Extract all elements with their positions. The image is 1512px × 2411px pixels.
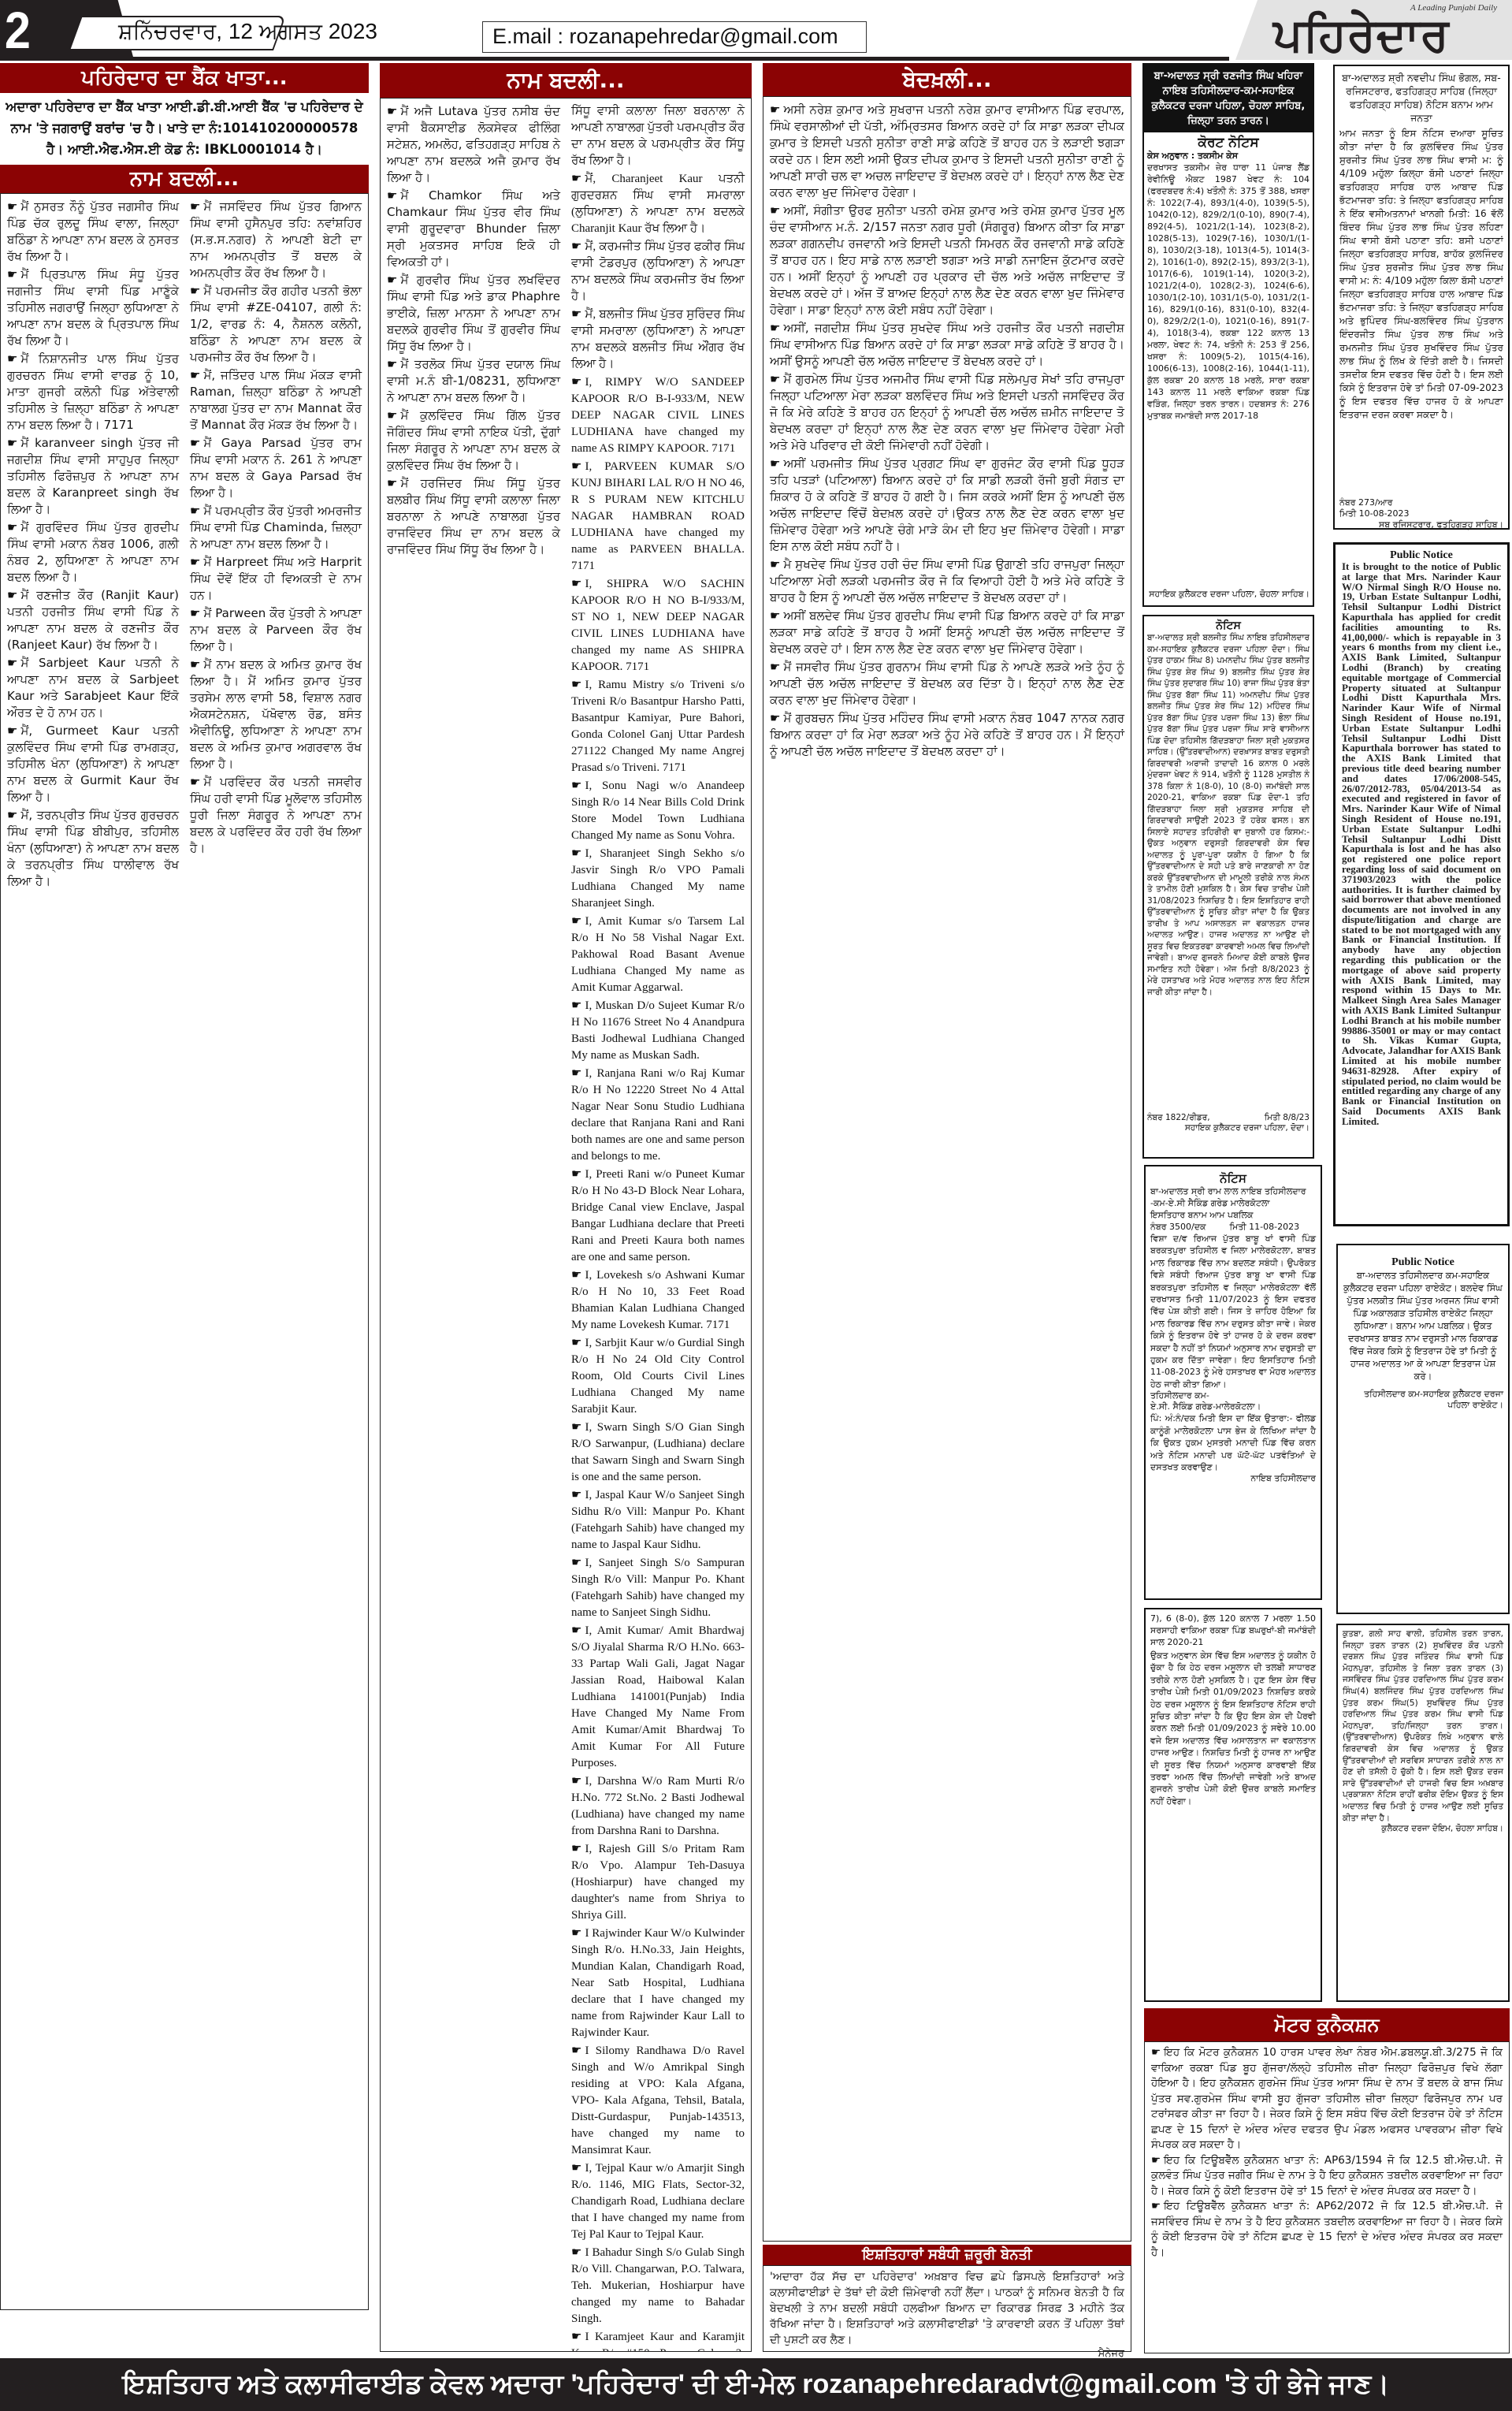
court-notice-4-body: ਉਕਤ ਅਨੁਵਾਨ ਕੇਸ ਵਿੱਚ ਇਸ ਅਦਾਲਤ ਨੂੰ ਯਕੀਨ ਹੋ…: [1150, 1650, 1316, 1807]
court-notice-3-body: ਬਾ-ਅਦਾਲਤ ਸ਼੍ਰੀ ਬਲਜੀਤ ਸਿੰਘ ਨਾਇਬ ਤਹਿਸੀਲਦਾਰ…: [1147, 632, 1310, 1113]
contact-email[interactable]: E.mail : rozanapehredar@gmail.com: [482, 21, 867, 53]
pointing-hand-icon: ☛: [387, 475, 397, 492]
pointing-hand-icon: ☛: [571, 374, 581, 391]
list-item: ☛I, Preeti Rani w/o Puneet Kumar R/o H N…: [571, 1166, 745, 1266]
list-item: ☛I, Sonu Nagi w/o Anandeep Singh R/o 14 …: [571, 778, 745, 844]
list-item: ☛ਮੈਂ, ਜਤਿੰਦਰ ਪਾਲ ਸਿੰਘ ਮੱਕੜ ਵਾਸੀ Raman, ਜ…: [190, 367, 362, 433]
name-change-heading-left: ਨਾਮ ਬਦਲੀ...: [0, 165, 369, 193]
pointing-hand-icon: ☛: [571, 1166, 581, 1183]
list-item: ☛I, Amit Kumar s/o Tarsem Lal R/o H No 5…: [571, 913, 745, 996]
list-item: ☛ਮੈਂ Gaya Parsad ਪੁੱਤਰ ਰਾਮ ਸਿੰਘ ਵਾਸੀ ਮਕਾ…: [190, 435, 362, 501]
list-item: ☛I, Muskan D/o Sujeet Kumar R/o H No 116…: [571, 998, 745, 1064]
issue-date: ਸ਼ਨਿੱਚਰਵਾਰ, 12 ਅਗਸਤ 2023: [118, 19, 377, 45]
list-item: ☛ਇਹ ਟਿਊਬਵੈੱਲ ਕੁਨੈਕਸ਼ਨ ਖਾਤਾ ਨੰ: AP62/2072…: [1151, 2199, 1503, 2260]
pointing-hand-icon: ☛: [770, 371, 780, 388]
list-item: ☛ਮੈਂ ਨਾਮ ਬਦਲ ਕੇ ਅਮਿਤ ਕੁਮਾਰ ਰੱਖ ਲਿਆ ਹੈ। ਮ…: [190, 657, 362, 772]
disclaimer-heading: ਇਸ਼ਤਿਹਾਰਾਂ ਸਬੰਧੀ ਜ਼ਰੂਰੀ ਬੇਨਤੀ: [763, 2245, 1131, 2265]
pointing-hand-icon: ☛: [770, 659, 780, 675]
raikot-title: Public Notice: [1343, 1256, 1503, 1269]
list-item: ☛ਅਸੀਂ ਪਰਮਜੀਤ ਸਿੰਘ ਪੁੱਤਰ ਪ੍ਰਗਟ ਸਿੰਘ ਵਾ ਗੁ…: [770, 456, 1124, 555]
pointing-hand-icon: ☛: [571, 171, 581, 188]
list-item: ☛I, Lovekesh s/o Ashwani Kumar R/o H No …: [571, 1267, 745, 1334]
pointing-hand-icon: ☛: [571, 1773, 581, 1790]
pointing-hand-icon: ☛: [7, 587, 17, 604]
pointing-hand-icon: ☛: [571, 846, 581, 862]
court-notice-5-body: ਕੁਤਬਾ, ਗਲੀ ਸਾਹ ਵਾਲੀ, ਤਹਿਸੀਲ ਤਰਨ ਤਾਰਨ, ਜਿ…: [1343, 1628, 1503, 1824]
court-notice-baghrukhan: 7), 6 (8-0), ਕੁੱਲ 120 ਕਨਾਲ 7 ਮਰਲਾ 1.50 ਸ…: [1144, 1608, 1322, 2002]
list-item: ☛I, Sanjeet Singh S/o Sampuran Singh R/o…: [571, 1555, 745, 1621]
pointing-hand-icon: ☛: [770, 320, 780, 337]
court-notice-2-header: ਬਾ-ਅਦਾਲਤ ਸ਼੍ਰੀ ਨਵਦੀਪ ਸਿੰਘ ਭੋਗਲ, ਸਬ-ਰਜਿਸਟ…: [1339, 71, 1503, 125]
name-change-mid-col-b: ਸਿੱਧੂ ਵਾਸੀ ਕਲਾਲਾ ਜਿਲਾ ਬਰਨਾਲਾ ਨੇ ਆਪਣੀ ਨਾਬ…: [571, 103, 745, 2352]
list-item: ☛I, Rajesh Gill S/o Pritam Ram R/o Vpo. …: [571, 1841, 745, 1924]
court-notice-doda: ਨੋਟਿਸ ਬਾ-ਅਦਾਲਤ ਸ਼੍ਰੀ ਬਲਜੀਤ ਸਿੰਘ ਨਾਇਬ ਤਹਿ…: [1142, 615, 1314, 1159]
malerkotla-signoff-1: ਤਹਿਸੀਲਦਾਰ ਕਮ-: [1150, 1390, 1316, 1401]
pointing-hand-icon: ☛: [571, 2043, 581, 2059]
list-item: ☛ਮੈਂ ਕੁਲਵਿੰਦਰ ਸਿੰਘ ਗਿੱਲ ਪੁੱਤਰ ਜੋਗਿੰਦਰ ਸਿ…: [387, 407, 560, 474]
bank-account-heading: ਪਹਿਰੇਦਾਰ ਦਾ ਬੈਂਕ ਖਾਤਾ...: [0, 63, 369, 93]
pointing-hand-icon: ☛: [7, 723, 17, 739]
list-item: ☛ਮੈਂ ਗੁਰਵਿੰਦਰ ਸਿੰਘ ਪੁੱਤਰ ਗੁਰਦੀਪ ਸਿੰਘ ਵਾਸ…: [7, 519, 179, 586]
malerkotla-signoff-2: ਏ.ਸੀ. ਸੈਕਿੰਡ ਗਰੇਡ-ਮਾਲੇਰਕੋਟਲਾ।: [1150, 1401, 1316, 1412]
list-item: ☛ਇਹ ਕਿ ਮੋਟਰ ਕੁਨੈਕਸ਼ਨ 10 ਹਾਰਸ ਪਾਵਰ ਲੇਖਾ ਨ…: [1151, 2045, 1503, 2153]
pointing-hand-icon: ☛: [190, 503, 200, 519]
name-change-col-b: ☛ਮੈਂ ਜਸਵਿੰਦਰ ਸਿੰਘ ਪੁੱਤਰ ਗਿਆਨ ਸਿੰਘ ਵਾਸੀ ਹ…: [190, 199, 362, 2305]
court-notice-3-meta: ਨੰਬਰ 1822/ਰੀਡਰ, ਮਿਤੀ 8/8/23: [1147, 1113, 1310, 1123]
pointing-hand-icon: ☛: [7, 519, 17, 536]
pointing-hand-icon: ☛: [387, 356, 397, 373]
pointing-hand-icon: ☛: [770, 608, 780, 624]
list-item: ☛ਮੈਂ, ਕਰਮਜੀਤ ਸਿੰਘ ਪੁੱਤਰ ਫਕੀਰ ਸਿੰਘ ਵਾਸੀ ਟ…: [571, 239, 745, 305]
list-item: ☛ਅਸੀਂ ਬਲਦੇਵ ਸਿੰਘ ਪੁੱਤਰ ਗੁਰਦੀਪ ਸਿੰਘ ਵਾਸੀ …: [770, 608, 1124, 657]
list-item: ☛I Karamjeet Kaur and Karamjit Kaur R/o …: [571, 2329, 745, 2352]
pointing-hand-icon: ☛: [190, 199, 200, 215]
list-item: ☛ਇਹ ਕਿ ਟਿਊਬਵੈੱਲ ਕੁਨੈਕਸ਼ਨ ਖਾਤਾ ਨੰ: AP63/1…: [1151, 2153, 1503, 2200]
motor-connection-section: ਮੋਟਰ ਕੁਨੈਕਸ਼ਨ ☛ਇਹ ਕਿ ਮੋਟਰ ਕੁਨੈਕਸ਼ਨ 10 ਹਾ…: [1144, 2008, 1510, 2355]
pointing-hand-icon: ☛: [571, 1555, 581, 1572]
list-item: ☛ਮੈਂ, Gurmeet Kaur ਪਤਨੀ ਕੁਲਵਿੰਦਰ ਸਿੰਘ ਵਾ…: [7, 723, 179, 806]
list-item: ☛ਮੈਂ ਨੁਸਰਤ ਨੌਨੂੰ ਪੁੱਤਰ ਜਗਸੀਰ ਸਿੰਘ ਪਿੰਡ ਚ…: [7, 199, 179, 265]
list-item: ☛I, Ramu Mistry s/o Triveni s/o Triveni …: [571, 677, 745, 776]
pointing-hand-icon: ☛: [770, 710, 780, 727]
pointing-hand-icon: ☛: [190, 605, 200, 622]
list-item: ☛ਮੈਂ ਜਸਵਿੰਦਰ ਸਿੰਘ ਪੁੱਤਰ ਗਿਆਨ ਸਿੰਘ ਵਾਸੀ ਹ…: [190, 199, 362, 281]
list-item: ☛I, Ranjana Rani w/o Raj Kumar R/o H No …: [571, 1066, 745, 1165]
axis-notice-body: It is brought to the notice of Public at…: [1342, 562, 1501, 1127]
pointing-hand-icon: ☛: [571, 2245, 581, 2261]
list-item: ☛ਮੈਂ Chamkor ਸਿੰਘ ਅਤੇ Chamkaur ਸਿੰਘ ਪੁੱਤ…: [387, 188, 560, 270]
list-item: ☛ਮੈਂ Sarbjeet Kaur ਪਤਨੀ ਨੇ ਆਪਣਾ ਨਾਮ ਬਦਲ …: [7, 655, 179, 721]
name-change-heading-mid: ਨਾਮ ਬਦਲੀ...: [380, 63, 752, 98]
pointing-hand-icon: ☛: [770, 456, 780, 472]
list-item: ☛I, Tejpal Kaur w/o Amarjit Singh R/o. 1…: [571, 2160, 745, 2243]
court-notice-mohanpura: ਕੁਤਬਾ, ਗਲੀ ਸਾਹ ਵਾਲੀ, ਤਹਿਸੀਲ ਤਰਨ ਤਾਰਨ, ਜਿ…: [1336, 1624, 1510, 2002]
court-notice-fatehgarh: ਬਾ-ਅਦਾਲਤ ਸ਼੍ਰੀ ਨਵਦੀਪ ਸਿੰਘ ਭੋਗਲ, ਸਬ-ਰਜਿਸਟ…: [1333, 65, 1510, 530]
pointing-hand-icon: ☛: [190, 774, 200, 791]
list-item: ☛I Bahadur Singh S/o Gulab Singh R/o Vil…: [571, 2245, 745, 2327]
pointing-hand-icon: ☛: [571, 913, 581, 930]
court-notice-1-body: ਦਰਖਾਸਤ ਤਕਸੀਮ ਜ਼ੇਰ ਧਾਰਾ 11 ਪੰਜਾਬ ਲੈਂਡ ਰੇਵ…: [1144, 162, 1313, 587]
court-notice-4-footer-line: 7), 6 (8-0), ਕੁੱਲ 120 ਕਨਾਲ 7 ਮਰਲਾ 1.50 ਸ…: [1150, 1613, 1316, 1648]
eviction-heading: ਬੇਦਖ਼ਲੀ...: [763, 63, 1131, 96]
list-item: ☛I, Sharanjeet Singh Sekho s/o Jasvir Si…: [571, 846, 745, 912]
list-item: ☛ਅਸੀ ਨਰੇਸ਼ ਕੁਮਾਰ ਅਤੇ ਸੁਖਰਾਜ ਪਤਨੀ ਨਰੇਸ਼ ਕ…: [770, 102, 1124, 201]
pointing-hand-icon: ☛: [1151, 2153, 1161, 2169]
list-item: ☛ਮੈਂ ਗੁਰਬਚਨ ਸਿੰਘ ਪੁੱਤਰ ਮਹਿੰਦਰ ਸਿੰਘ ਵਾਸੀ …: [770, 710, 1124, 760]
malerkotla-title: ਨੋਟਿਸ: [1150, 1171, 1316, 1185]
pointing-hand-icon: ☛: [770, 556, 780, 573]
pointing-hand-icon: ☛: [7, 266, 17, 283]
masthead-rule: [0, 57, 1229, 61]
malerkotla-body: ਵਿਸ਼ਾ ਦ/ਵ ਰਿਆਜ ਪੁੱਤਰ ਬਾਬੂ ਖਾਂ ਵਾਸੀ ਪਿੰਡ …: [1150, 1233, 1316, 1390]
pointing-hand-icon: ☛: [571, 1487, 581, 1504]
pointing-hand-icon: ☛: [190, 554, 200, 571]
malerkotla-endorsement: ਪਿੰ: ਅੰ:ਨੰ/ਦਕ ਮਿਤੀ ਇਸ ਦਾ ਇੱਕ ਉਤਾਰਾ:- ਫੀਲ…: [1150, 1412, 1316, 1473]
name-change-mid-col-a: ☛ਮੈਂ ਅਜੈ Lutava ਪੁੱਤਰ ਨਸੀਬ ਚੰਦ ਵਾਸੀ ਬੈਕਸ…: [387, 103, 560, 2352]
motor-connection-heading: ਮੋਟਰ ਕੁਨੈਕਸ਼ਨ: [1144, 2008, 1510, 2041]
pointing-hand-icon: ☛: [571, 1267, 581, 1284]
pointing-hand-icon: ☛: [571, 1419, 581, 1436]
bank-line-3: ਹੈ। ਆਈ.ਐਫ.ਐਸ.ਈ ਕੋਡ ਨੰ: IBKL0001014 ਹੈ।: [5, 139, 364, 160]
list-item: ☛ਮੈਂ ਤਰਲੋਕ ਸਿੰਘ ਪੁੱਤਰ ਦਯਾਲ ਸਿੰਘ ਵਾਸੀ ਮ.ਨ…: [387, 356, 560, 406]
list-item: ☛ਮੈ ਸੁਖਦੇਵ ਸਿੰਘ ਪੁੱਤਰ ਹਰੀ ਚੰਦ ਸਿੰਘ ਵਾਸੀ …: [770, 556, 1124, 606]
name-change-col-a: ☛ਮੈਂ ਨੁਸਰਤ ਨੌਨੂੰ ਪੁੱਤਰ ਜਗਸੀਰ ਸਿੰਘ ਪਿੰਡ ਚ…: [7, 199, 179, 2305]
list-item: ☛ਮੈਂ ਪ੍ਰਿਤਪਾਲ ਸਿੰਘ ਸੰਧੂ ਪੁੱਤਰ ਜਗਜੀਤ ਸਿੰਘ…: [7, 266, 179, 349]
pointing-hand-icon: ☛: [571, 778, 581, 794]
court-notice-1-signoff: ਸਹਾਇਕ ਕੁਲੈਕਟਰ ਦਰਜਾ ਪਹਿਲਾ, ਚੋਹਲਾ ਸਾਹਿਬ।: [1144, 587, 1313, 601]
public-notice-axis: Public Notice It is brought to the notic…: [1333, 542, 1510, 1226]
masthead: 2 ਸ਼ਨਿੱਚਰਵਾਰ, 12 ਅਗਸਤ 2023 E.mail : roza…: [0, 0, 1512, 60]
court-notice-2-date: ਮਿਤੀ 10-08-2023: [1339, 508, 1503, 519]
footer-banner: ਇਸ਼ਤਿਹਾਰ ਅਤੇ ਕਲਾਸੀਫਾਈਡ ਕੇਵਲ ਅਦਾਰਾ 'ਪਹਿਰੇ…: [0, 2358, 1512, 2411]
court-notice-1-title: ਕੋਰਟ ਨੋਟਿਸ: [1144, 135, 1313, 151]
list-item: ☛ਮੈਂ ਹਰਜਿੰਦਰ ਸਿੰਘ ਸਿੱਧੂ ਪੁੱਤਰ ਬਲਬੀਰ ਸਿੰਘ…: [387, 475, 560, 558]
pointing-hand-icon: ☛: [770, 203, 780, 219]
court-notice-chohla: ਬਾ-ਅਦਾਲਤ ਸ੍ਰੀ ਰਣਜੀਤ ਸਿੰਘ ਖਹਿਰਾ ਨਾਇਬ ਤਹਿਸ…: [1142, 63, 1314, 607]
list-item: ☛ਮੈਂ ਗੁਰਮੇਲ ਸਿੰਘ ਪੁੱਤਰ ਅਜਮੀਰ ਸਿੰਘ ਵਾਸੀ ਪ…: [770, 371, 1124, 454]
public-notice-raikot: Public Notice ਬਾ-ਅਦਾਲਤ ਤਹਿਸੀਲਦਾਰ ਕਮ-ਸਹਾਇ…: [1336, 1244, 1510, 1614]
list-item: ☛ਮੈਂ Harpreet ਸਿੰਘ ਅਤੇ Harprit ਸਿੰਘ ਦੋਵੇ…: [190, 554, 362, 604]
pointing-hand-icon: ☛: [571, 1841, 581, 1858]
list-item: ☛ਮੈਂ ਜਸਵੀਰ ਸਿੰਘ ਪੁੱਤਰ ਗੁਰਨਾਮ ਸਿੰਘ ਵਾਸੀ ਪ…: [770, 659, 1124, 709]
pointing-hand-icon: ☛: [387, 103, 397, 120]
newspaper-logo: ਪਹਿਰੇਦਾਰ: [1273, 8, 1450, 62]
list-item: ☛I, PARVEEN KUMAR S/O KUNJ BIHARI LAL R/…: [571, 459, 745, 575]
malerkotla-date: ਮਿਤੀ 11-08-2023: [1230, 1221, 1300, 1233]
raikot-signoff: ਤਹਿਸੀਲਦਾਰ ਕਮ-ਸਹਾਇਕ ਕੁਲੈਕਟਰ ਦਰਜਾ ਪਹਿਲਾ ਰਾ…: [1343, 1389, 1503, 1411]
pointing-hand-icon: ☛: [571, 1623, 581, 1639]
pointing-hand-icon: ☛: [571, 576, 581, 593]
disclaimer-box: 'ਅਦਾਰਾ ਹੱਕ ਸੱਚ ਦਾ ਪਹਿਰੇਦਾਰ' ਅਖ਼ਬਾਰ ਵਿਚ ਛ…: [763, 2265, 1131, 2352]
list-item: ☛ਮੈਂ, ਬਲਜੀਤ ਸਿੰਘ ਪੁੱਤਰ ਸੁਰਿੰਦਰ ਸਿੰਘ ਵਾਸੀ…: [571, 307, 745, 373]
pointing-hand-icon: ☛: [7, 351, 17, 367]
raikot-body: ਬਾ-ਅਦਾਲਤ ਤਹਿਸੀਲਦਾਰ ਕਮ-ਸਹਾਇਕ ਕੁਲੈਕਟਰ ਦਰਜਾ…: [1343, 1269, 1503, 1382]
pointing-hand-icon: ☛: [571, 998, 581, 1014]
list-item: ☛ਮੈਂ ਨਿਸ਼ਾਨਜੀਤ ਪਾਲ ਸਿੰਘ ਪੁੱਤਰ ਗੁਰਚਰਨ ਸਿੰ…: [7, 351, 179, 433]
court-notice-3-ref: ਨੰਬਰ 1822/ਰੀਡਰ,: [1147, 1113, 1210, 1123]
list-item: ☛I, Amit Kumar/ Amit Bhardwaj S/O Jiyala…: [571, 1623, 745, 1772]
malerkotla-number: ਨੰਬਰ 3500/ਦਕ: [1150, 1221, 1206, 1233]
court-notice-2-ref: ਨੰਬਰ 273/ਆਰ: [1339, 497, 1503, 508]
pointing-hand-icon: ☛: [190, 367, 200, 384]
pointing-hand-icon: ☛: [190, 657, 200, 673]
pointing-hand-icon: ☛: [571, 1925, 581, 1942]
middle-column: ਨਾਮ ਬਦਲੀ... ☛ਮੈਂ ਅਜੈ Lutava ਪੁੱਤਰ ਨਸੀਬ ਚ…: [380, 63, 752, 2355]
list-item: ☛ਅਸੀਂ, ਜਗਦੀਸ਼ ਸਿੰਘ ਪੁੱਤਰ ਸੁਖਦੇਵ ਸਿੰਘ ਅਤੇ…: [770, 320, 1124, 370]
court-notice-3-signoff: ਸਹਾਇਕ ਕੁਲੈਕਟਰ ਦਰਜਾ ਪਹਿਲਾ, ਦੋਦਾ।: [1147, 1123, 1310, 1133]
eviction-column: ਬੇਦਖ਼ਲੀ... ☛ਅਸੀ ਨਰੇਸ਼ ਕੁਮਾਰ ਅਤੇ ਸੁਖਰਾਜ ਪ…: [763, 63, 1131, 2355]
pointing-hand-icon: ☛: [571, 1066, 581, 1082]
list-item: ☛ਮੈਂ ਪਰਮਪ੍ਰੀਤ ਕੌਰ ਪੁੱਤਰੀ ਅਮਰਜੀਤ ਸਿੰਘ ਵਾਸ…: [190, 503, 362, 553]
pointing-hand-icon: ☛: [571, 239, 581, 255]
disclaimer-text: 'ਅਦਾਰਾ ਹੱਕ ਸੱਚ ਦਾ ਪਹਿਰੇਦਾਰ' ਅਖ਼ਬਾਰ ਵਿਚ ਛ…: [770, 2269, 1124, 2348]
motor-connection-list: ☛ਇਹ ਕਿ ਮੋਟਰ ਕੁਨੈਕਸ਼ਨ 10 ਹਾਰਸ ਪਾਵਰ ਲੇਖਾ ਨ…: [1144, 2041, 1510, 2353]
bank-line-1: ਅਦਾਰਾ ਪਹਿਰੇਦਾਰ ਦਾ ਬੈਂਕ ਖਾਤਾ ਆਈ.ਡੀ.ਬੀ.ਆਈ …: [5, 96, 364, 117]
pointing-hand-icon: ☛: [571, 2329, 581, 2346]
pointing-hand-icon: ☛: [387, 272, 397, 288]
malerkotla-subject: ਇਸਤਿਹਾਰ ਬਨਾਮ ਆਮ ਪਬਲਿਕ: [1150, 1209, 1316, 1221]
pointing-hand-icon: ☛: [770, 102, 780, 118]
notice-malerkotla: ਨੋਟਿਸ ਬਾ-ਅਦਾਲਤ ਸ੍ਰੀ ਰਾਮ ਲਾਲ ਨਾਇਬ ਤਹਿਸੀਲਦ…: [1144, 1165, 1322, 1600]
list-item: ☛I, RIMPY W/O SANDEEP KAPOOR R/O B-I-933…: [571, 374, 745, 457]
pointing-hand-icon: ☛: [7, 199, 17, 215]
list-item: ☛ਮੈਂ ਅਜੈ Lutava ਪੁੱਤਰ ਨਸੀਬ ਚੰਦ ਵਾਸੀ ਬੈਕਸ…: [387, 103, 560, 186]
list-item: ☛ਮੈਂ ਪਰਵਿੰਦਰ ਕੌਰ ਪਤਨੀ ਜਸਵੀਰ ਸਿੰਘ ਹਰੀ ਵਾਸ…: [190, 774, 362, 857]
list-item: ਸਿੱਧੂ ਵਾਸੀ ਕਲਾਲਾ ਜਿਲਾ ਬਰਨਾਲਾ ਨੇ ਆਪਣੀ ਨਾਬ…: [571, 103, 745, 169]
pointing-hand-icon: ☛: [571, 459, 581, 475]
list-item: ☛I Rajwinder Kaur W/o Kulwinder Singh R/…: [571, 1925, 745, 2041]
pointing-hand-icon: ☛: [387, 407, 397, 424]
list-item: ☛ਮੈਂ, Charanjeet Kaur ਪਤਨੀ ਗੁਰਦਰਸ਼ਨ ਸਿੰਘ…: [571, 171, 745, 237]
pointing-hand-icon: ☛: [571, 307, 581, 323]
list-item: ☛ਮੈਂ, ਤਰਨਪ੍ਰੀਤ ਸਿੰਘ ਪੁੱਤਰ ਗੁਰਚਰਨ ਸਿੰਘ ਵਾ…: [7, 807, 179, 890]
page-number: 2: [5, 2, 31, 58]
list-item: ☛I, SHIPRA W/O SACHIN KAPOOR R/O H NO B-…: [571, 576, 745, 675]
pointing-hand-icon: ☛: [571, 2160, 581, 2177]
list-item: ☛I Silomy Randhawa D/o Ravel Singh and W…: [571, 2043, 745, 2159]
court-notice-2-body: ਆਮ ਜਨਤਾ ਨੂੰ ਇਸ ਨੋਟਿਸ ਦਆਰਾ ਸੂਚਿਤ ਕੀਤਾ ਜਾਂ…: [1339, 127, 1503, 497]
list-item: ☛ਮੈਂ ਰਣਜੀਤ ਕੌਰ (Ranjit Kaur) ਪਤਨੀ ਹਰਜੀਤ …: [7, 587, 179, 653]
tagline: A Leading Punjabi Daily: [1410, 3, 1497, 13]
list-item: ☛I, Darshna W/o Ram Murti R/o H.No. 772 …: [571, 1773, 745, 1840]
pointing-hand-icon: ☛: [1151, 2199, 1161, 2215]
list-item: ☛ਅਸੀਂ, ਸੰਗੀਤਾ ਉਰਫ ਸੁਨੀਤਾ ਪਤਨੀ ਰਮੇਸ਼ ਕੁਮਾ…: [770, 203, 1124, 318]
list-item: ☛ਮੈਂ Parween ਕੌਰ ਪੁੱਤਰੀ ਨੇ ਆਪਣਾ ਨਾਮ ਬਦਲ …: [190, 605, 362, 655]
court-notice-2-signoff: ਸਬ ਰਜਿਸਟਰਾਰ, ਫਤਹਿਗੜ੍ਹ ਸਾਹਿਬ।: [1339, 519, 1503, 530]
pointing-hand-icon: ☛: [7, 807, 17, 824]
court-notice-1-header: ਬਾ-ਅਦਾਲਤ ਸ੍ਰੀ ਰਣਜੀਤ ਸਿੰਘ ਖਹਿਰਾ ਨਾਇਬ ਤਹਿਸ…: [1144, 65, 1313, 132]
left-column: ਪਹਿਰੇਦਾਰ ਦਾ ਬੈਂਕ ਖਾਤਾ... ਅਦਾਰਾ ਪਹਿਰੇਦਾਰ …: [0, 63, 369, 2355]
pointing-hand-icon: ☛: [190, 283, 200, 300]
list-item: ☛ਮੈਂ ਗੁਰਵੀਰ ਸਿੰਘ ਪੁੱਤਰ ਲਖਵਿੰਦਰ ਸਿੰਘ ਵਾਸੀ…: [387, 272, 560, 355]
pointing-hand-icon: ☛: [1151, 2045, 1161, 2061]
list-item: ☛I, Sarbjit Kaur w/o Gurdial Singh R/o H…: [571, 1335, 745, 1418]
court-notice-1-case: ਕੇਸ ਅਨੁਵਾਨ : ਤਕਸੀਮ ਕੇਸ: [1144, 151, 1313, 162]
court-notice-3-title: ਨੋਟਿਸ: [1147, 619, 1310, 632]
pointing-hand-icon: ☛: [190, 435, 200, 452]
bank-account-info: ਅਦਾਰਾ ਪਹਿਰੇਦਾਰ ਦਾ ਬੈਂਕ ਖਾਤਾ ਆਈ.ਡੀ.ਬੀ.ਆਈ …: [0, 93, 369, 163]
list-item: ☛ਮੈਂ ਪਰਮਜੀਤ ਕੌਰ ਗਹੀਰ ਪਤਨੀ ਭੋਲਾ ਸਿੰਘ ਵਾਸੀ…: [190, 283, 362, 366]
name-change-list-left: ☛ਮੈਂ ਨੁਸਰਤ ਨੌਨੂੰ ਪੁੱਤਰ ਜਗਸੀਰ ਸਿੰਘ ਪਿੰਡ ਚ…: [0, 193, 369, 2310]
pointing-hand-icon: ☛: [7, 435, 17, 452]
court-notice-5-signoff: ਕੁਲੈਕਟਰ ਦਰਜਾ ਦੋਇਮ, ਚੋਹਲਾ ਸਾਹਿਬ।: [1343, 1824, 1503, 1834]
list-item: ☛I, Jaspal Kaur W/o Sanjeet Singh Sidhu …: [571, 1487, 745, 1553]
list-item: ☛I, Swarn Singh S/O Gian Singh R/O Sarwa…: [571, 1419, 745, 1486]
eviction-list: ☛ਅਸੀ ਨਰੇਸ਼ ਕੁਮਾਰ ਅਤੇ ਸੁਖਰਾਜ ਪਤਨੀ ਨਰੇਸ਼ ਕ…: [763, 96, 1131, 2242]
malerkotla-meta: ਨੰਬਰ 3500/ਦਕ ਮਿਤੀ 11-08-2023: [1150, 1221, 1316, 1233]
pointing-hand-icon: ☛: [571, 677, 581, 694]
pointing-hand-icon: ☛: [7, 655, 17, 672]
name-change-list-mid: ☛ਮੈਂ ਅਜੈ Lutava ਪੁੱਤਰ ਨਸੀਬ ਚੰਦ ਵਾਸੀ ਬੈਕਸ…: [380, 98, 752, 2352]
bank-line-2: ਨਾਮ 'ਤੇ ਜਗਰਾਉਂ ਬਰਾਂਚ 'ਚ ਹੈ। ਖਾਤੇ ਦਾ ਨੰ:1…: [5, 117, 364, 139]
court-notice-3-date: ਮਿਤੀ 8/8/23: [1265, 1113, 1310, 1123]
pointing-hand-icon: ☛: [387, 188, 397, 204]
malerkotla-signoff-3: ਨਾਇਬ ਤਹਿਸੀਲਦਾਰ: [1150, 1473, 1316, 1484]
malerkotla-court: ਬਾ-ਅਦਾਲਤ ਸ੍ਰੀ ਰਾਮ ਲਾਲ ਨਾਇਬ ਤਹਿਸੀਲਦਾਰ -ਕਮ…: [1150, 1185, 1316, 1209]
list-item: ☛ਮੈਂ karanveer singh ਪੁੱਤਰ ਜੀ ਜਗਦੀਸ਼ ਸਿੰ…: [7, 435, 179, 518]
pointing-hand-icon: ☛: [571, 1335, 581, 1352]
